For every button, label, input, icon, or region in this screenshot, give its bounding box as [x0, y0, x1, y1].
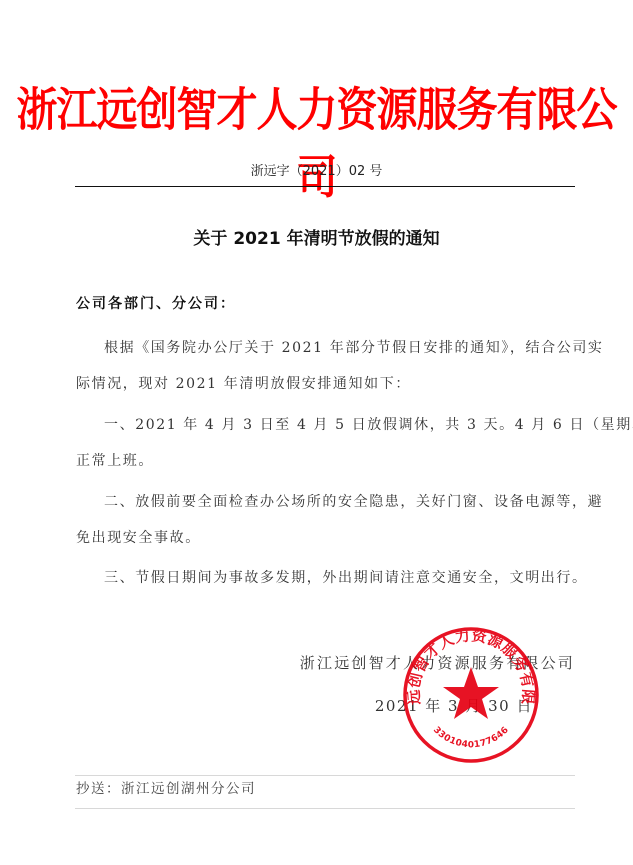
- paragraph-line: 二、放假前要全面检查办公场所的安全隐患，关好门窗、设备电源等，避: [76, 492, 576, 512]
- svg-text:3301040177646: 3301040177646: [431, 725, 511, 750]
- paragraph-line: 际情况，现对 2021 年清明放假安排通知如下：: [76, 374, 576, 394]
- document-number: 浙远字（2021）02 号: [0, 163, 633, 181]
- cc-divider-top: [75, 775, 575, 776]
- paragraph-item-3: 三、节假日期间为事故多发期，外出期间请注意交通安全，文明出行。: [76, 568, 576, 588]
- paragraph-line: 根据《国务院办公厅关于 2021 年部分节假日安排的通知》，结合公司实: [76, 338, 576, 358]
- masthead-company-name: 浙江远创智才人力资源服务有限公司: [0, 76, 633, 143]
- document-page: 浙江远创智才人力资源服务有限公司 浙远字（2021）02 号 关于 2021 年…: [0, 0, 633, 865]
- cc-recipients: 抄送：浙江远创湖州分公司: [76, 780, 256, 798]
- salutation: 公司各部门、分公司：: [76, 294, 236, 314]
- paragraph-line: 正常上班。: [76, 451, 576, 471]
- seal-code: 3301040177646: [431, 725, 511, 750]
- masthead-divider: [75, 186, 575, 187]
- company-seal: 浙江远创智才人力资源服务有限公司 3301040177646: [401, 625, 541, 765]
- cc-divider-bottom: [75, 808, 575, 809]
- paragraph-intro: 根据《国务院办公厅关于 2021 年部分节假日安排的通知》，结合公司实 际情况，…: [76, 338, 576, 394]
- paragraph-line: 三、节假日期间为事故多发期，外出期间请注意交通安全，文明出行。: [76, 568, 576, 588]
- paragraph-item-2: 二、放假前要全面检查办公场所的安全隐患，关好门窗、设备电源等，避 免出现安全事故…: [76, 492, 576, 548]
- paragraph-line: 一、2021 年 4 月 3 日至 4 月 5 日放假调休，共 3 天。4 月 …: [76, 415, 576, 435]
- paragraph-item-1: 一、2021 年 4 月 3 日至 4 月 5 日放假调休，共 3 天。4 月 …: [76, 415, 576, 471]
- notice-title: 关于 2021 年清明节放假的通知: [0, 227, 633, 251]
- paragraph-line: 免出现安全事故。: [76, 528, 576, 548]
- star-icon: [443, 667, 499, 719]
